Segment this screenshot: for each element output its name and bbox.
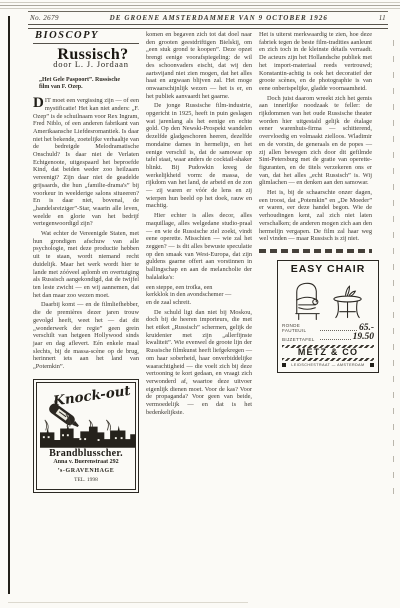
metz-hatch-bottom [282, 358, 374, 361]
knockout-city: ’s-GRAVENHAGE [40, 468, 132, 476]
dotted-leader [320, 339, 351, 340]
knockout-phone: TEL. 1998 [40, 477, 132, 485]
scan-rule [0, 8, 400, 9]
body-paragraph: Het is uiterst merkwaardig te zien, hoe … [259, 31, 372, 93]
metz-footer-text: LEIDSCHESTRAAT — AMSTERDAM [286, 362, 370, 370]
price-row: BIJZETTAFEL 19.50 [282, 334, 374, 342]
page-number: 11 [379, 14, 386, 22]
article-byline: door L. J. Jordaan [43, 61, 139, 69]
burning-city-skyline [40, 424, 136, 447]
price-item-label: RONDE FAUTEUIL [282, 323, 318, 333]
footer-square-right [370, 363, 374, 367]
scan-rule [0, 5, 400, 6]
masthead: DE GROENE AMSTERDAMMER VAN 9 OCTOBER 192… [110, 14, 328, 22]
body-paragraph: Hier echter is alles decor, alles maquil… [146, 212, 252, 281]
article-columns: BIOSCOPY Russisch? door L. J. Jordaan „H… [33, 31, 372, 493]
knockout-script-text: Knock-out [51, 386, 132, 410]
body-paragraph: De jonge Russische film-industrie, opger… [146, 102, 252, 210]
fire-extinguisher-illustration: Knock-out [40, 386, 136, 448]
knockout-ad: Knock-out [33, 379, 139, 493]
column-ornament-rule [259, 249, 372, 253]
body-paragraph: Doch juist daarom wreekt zich het gemis … [259, 95, 372, 187]
section-label: BIOSCOPY [33, 31, 139, 44]
drop-cap: D [33, 97, 44, 110]
knockout-product-name: Brandblusscher. [40, 450, 132, 458]
page-left-border [8, 16, 10, 594]
flames-icon [45, 414, 111, 430]
page-header: No. 2679 DE GROENE AMSTERDAMMER VAN 9 OC… [28, 11, 388, 24]
body-paragraph: Het is, bij de schaarschte onzer dagen, … [259, 189, 372, 243]
column-2: komen en begaven zich tot dat doel naar … [146, 31, 252, 493]
metz-logo: METZ & CO LEIDSCHESTRAAT — AMSTERDAM [282, 345, 374, 369]
dotted-leader [320, 330, 357, 331]
page-right-edge-dashes [393, 40, 394, 500]
body-paragraph: Wat echter de Vereenigde Staten, met hun… [33, 230, 139, 299]
price-item-label: BIJZETTAFEL [282, 337, 318, 342]
scan-rule [0, 2, 400, 3]
body-paragraph: Daarbij komt — en de filmliefhebber, die… [33, 301, 139, 370]
page-bottom-edge [8, 602, 248, 603]
price-value: 19.50 [353, 334, 374, 342]
header-double-rule [28, 24, 388, 29]
body-paragraph: DIT moet een vergissing zijn — of een my… [33, 97, 139, 228]
article-title: Russisch? [47, 51, 139, 59]
article-subtitle: „Het Gele Paspoort”. Russische film van … [39, 77, 139, 91]
knockout-address: Anna v. Buerenstraat 292 [40, 459, 132, 467]
issue-number: No. 2679 [30, 14, 59, 22]
metz-footer: LEIDSCHESTRAAT — AMSTERDAM [282, 362, 374, 370]
column-3: Het is uiterst merkwaardig te zien, hoe … [259, 31, 372, 493]
body-paragraph: komen en begaven zich tot dat doel naar … [146, 31, 252, 100]
metz-store-name: METZ & CO [282, 348, 374, 358]
body-paragraph: De schuld ligt dan niet bij Moskou, doch… [146, 309, 252, 417]
easychair-ad: EASY CHAIR RONDE FAUTEUIL [277, 260, 379, 373]
knockout-ad-frame: Knock-out [36, 382, 136, 490]
newspaper-page: No. 2679 DE GROENE AMSTERDAMMER VAN 9 OC… [0, 0, 400, 608]
easychair-title: EASY CHAIR [282, 266, 374, 274]
quote-block: een steppe, een troïka, een kerkklok in … [146, 284, 252, 307]
armchair-illustration [287, 276, 369, 322]
paragraph-text: IT moet een vergissing zijn — of een mys… [33, 97, 139, 227]
column-1: BIOSCOPY Russisch? door L. J. Jordaan „H… [33, 31, 139, 493]
